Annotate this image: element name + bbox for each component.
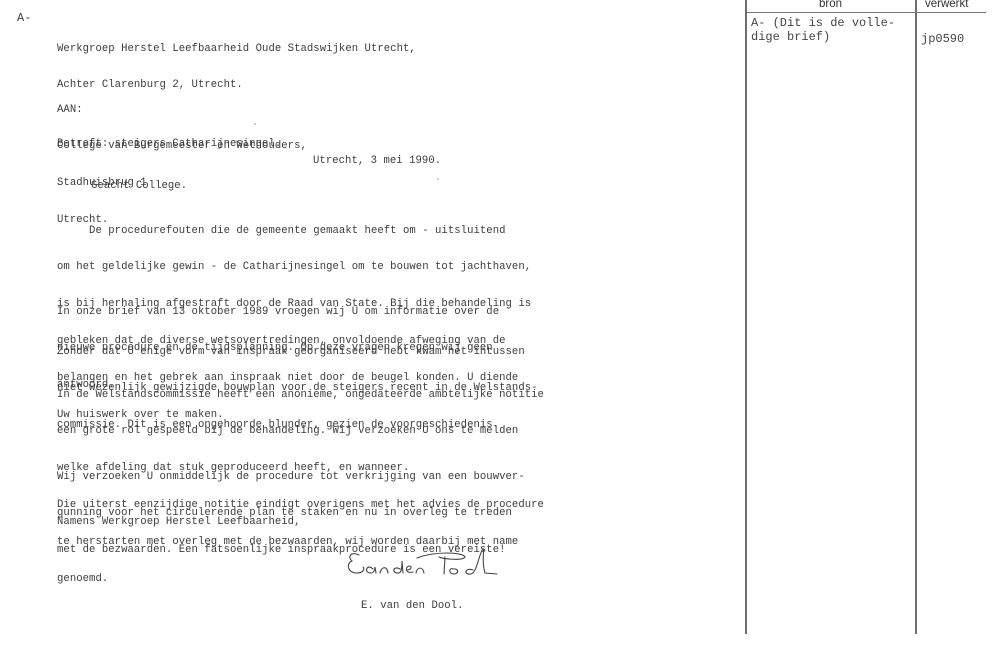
- paper-speck: [254, 123, 256, 125]
- paper-speck: [437, 178, 439, 180]
- table-column-divider: [915, 0, 917, 634]
- table-left-border: [745, 0, 747, 634]
- text-line: Zonder dat U enige vorm van inspraak geo…: [57, 346, 538, 358]
- subject-line: Betreft: steigers Catharijnesingel.: [57, 138, 281, 150]
- text-line: De procedurefouten die de gemeente gemaa…: [57, 225, 531, 237]
- signature-scribble-icon: [345, 543, 505, 583]
- text-line: Wij verzoeken U onmiddelijk de procedure…: [57, 471, 525, 483]
- signatory-name: E. van den Dool.: [361, 600, 464, 612]
- column-header-verwerkt: verwerkt: [925, 0, 968, 10]
- salutation: Geacht College.: [91, 180, 187, 192]
- column-header-bron: bron: [819, 0, 842, 10]
- table-cell-bron: A- (Dit is de volle- dige brief): [751, 17, 895, 44]
- table-cell-verwerkt: jp0590: [921, 33, 964, 47]
- text-line: In onze brief van 13 oktober 1989 vroege…: [57, 306, 499, 318]
- sender-line: Werkgroep Herstel Leefbaarheid Oude Stad…: [57, 43, 416, 55]
- table-header-rule: [746, 12, 986, 13]
- text-line: een grote rol gespeeld bij de behandelin…: [57, 425, 544, 437]
- closing-line: Namens Werkgroep Herstel Leefbaarheid,: [57, 516, 300, 528]
- recipient-line: AAN:: [57, 104, 307, 116]
- margin-mark: A-: [17, 11, 31, 25]
- letter-date: Utrecht, 3 mei 1990.: [313, 155, 441, 167]
- text-line: In de Welstandscommissie heeft een anoni…: [57, 389, 544, 401]
- signature: [345, 543, 505, 588]
- text-line: om het geldelijke gewin - de Catharijnes…: [57, 261, 531, 273]
